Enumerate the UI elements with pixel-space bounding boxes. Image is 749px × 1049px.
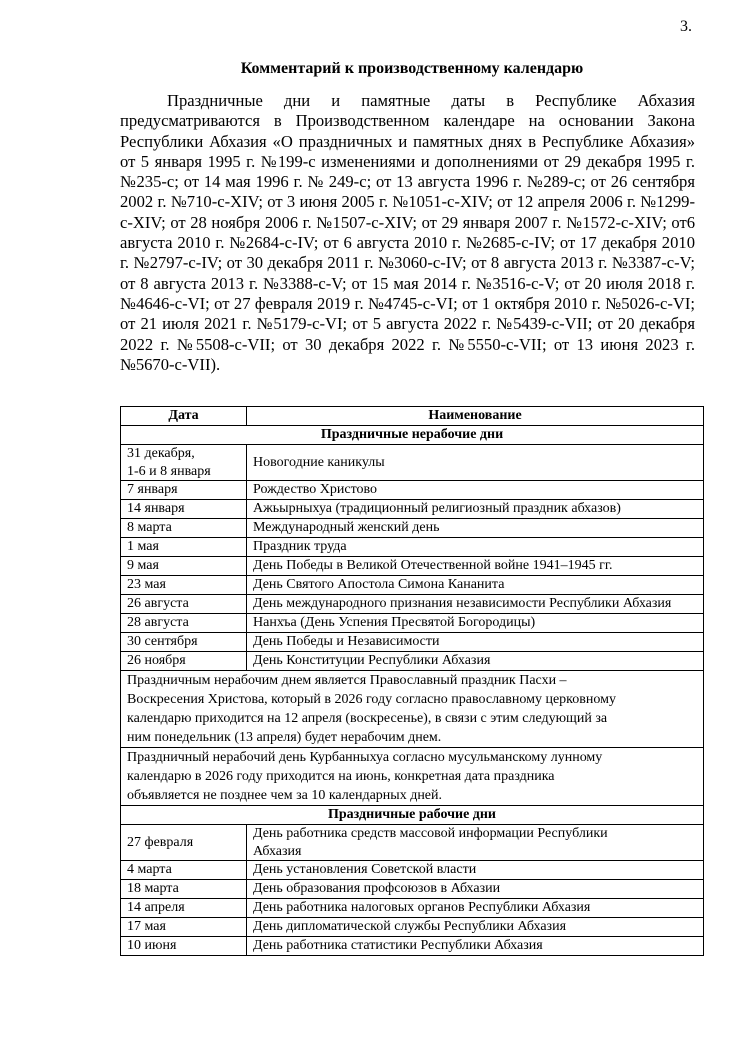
table-row: 23 маяДень Святого Апостола Симона Канан…: [121, 576, 704, 595]
holiday-name: Ажьырныхуа (традиционный религиозный пра…: [247, 500, 704, 519]
table-row: 9 маяДень Победы в Великой Отечественной…: [121, 557, 704, 576]
page-number: 3.: [680, 18, 692, 36]
holiday-date: 9 мая: [121, 557, 247, 576]
document-title: Комментарий к производственному календар…: [120, 60, 704, 78]
table-row: 1 маяПраздник труда: [121, 538, 704, 557]
holiday-date: 17 мая: [121, 918, 247, 937]
table-body: Праздничные нерабочие дни31 декабря,1-6 …: [121, 426, 704, 956]
holiday-name: День работника средств массовой информац…: [247, 825, 704, 861]
holiday-date: 28 августа: [121, 614, 247, 633]
table-row: 14 январяАжьырныхуа (традиционный религи…: [121, 500, 704, 519]
holiday-date: 26 ноября: [121, 652, 247, 671]
holiday-name: Новогодние каникулы: [247, 445, 704, 481]
holiday-date: 23 мая: [121, 576, 247, 595]
holiday-date: 26 августа: [121, 595, 247, 614]
section-title: Праздничные рабочие дни: [121, 806, 704, 825]
holiday-table: Дата Наименование Праздничные нерабочие …: [120, 406, 704, 956]
table-row: 27 февраляДень работника средств массово…: [121, 825, 704, 861]
holiday-name: День международного признания независимо…: [247, 595, 704, 614]
holiday-name: День установления Советской власти: [247, 861, 704, 880]
table-row: 30 сентябряДень Победы и Независимости: [121, 633, 704, 652]
header-name: Наименование: [247, 407, 704, 426]
section-row-working: Праздничные рабочие дни: [121, 806, 704, 825]
holiday-name: День Победы в Великой Отечественной войн…: [247, 557, 704, 576]
holiday-name: Рождество Христово: [247, 481, 704, 500]
table-row: 10 июняДень работника статистики Республ…: [121, 937, 704, 956]
table-row: 18 мартаДень образования профсоюзов в Аб…: [121, 880, 704, 899]
holiday-name: Нанхъа (День Успения Пресвятой Богородиц…: [247, 614, 704, 633]
holiday-date: 7 января: [121, 481, 247, 500]
table-row: 4 мартаДень установления Советской власт…: [121, 861, 704, 880]
holiday-date: 4 марта: [121, 861, 247, 880]
section-row-nonworking: Праздничные нерабочие дни: [121, 426, 704, 445]
section-title: Праздничные нерабочие дни: [121, 426, 704, 445]
table-row: 26 августаДень международного признания …: [121, 595, 704, 614]
table-row: 28 августаНанхъа (День Успения Пресвятой…: [121, 614, 704, 633]
holiday-name: Праздник труда: [247, 538, 704, 557]
holiday-name: День Святого Апостола Симона Кананита: [247, 576, 704, 595]
holiday-date: 10 июня: [121, 937, 247, 956]
holiday-date: 1 мая: [121, 538, 247, 557]
table-header-row: Дата Наименование: [121, 407, 704, 426]
holiday-date: 14 апреля: [121, 899, 247, 918]
holiday-note: Праздничным нерабочим днем является Прав…: [121, 671, 704, 748]
header-date: Дата: [121, 407, 247, 426]
holiday-date: 14 января: [121, 500, 247, 519]
holiday-date: 27 февраля: [121, 825, 247, 861]
note-row: Праздничный нерабочий день Курбанныхуа с…: [121, 748, 704, 806]
holiday-date: 8 марта: [121, 519, 247, 538]
holiday-name: День Победы и Независимости: [247, 633, 704, 652]
note-row: Праздничным нерабочим днем является Прав…: [121, 671, 704, 748]
table-row: 26 ноябряДень Конституции Республики Абх…: [121, 652, 704, 671]
holiday-date: 18 марта: [121, 880, 247, 899]
holiday-note: Праздничный нерабочий день Курбанныхуа с…: [121, 748, 704, 806]
table-row: 17 маяДень дипломатической службы Респуб…: [121, 918, 704, 937]
holiday-name: День образования профсоюзов в Абхазии: [247, 880, 704, 899]
holiday-date: 30 сентября: [121, 633, 247, 652]
holiday-name: День работника статистики Республики Абх…: [247, 937, 704, 956]
table-row: 14 апреляДень работника налоговых органо…: [121, 899, 704, 918]
holiday-name: День Конституции Республики Абхазия: [247, 652, 704, 671]
holiday-name: День дипломатической службы Республики А…: [247, 918, 704, 937]
holiday-name: Международный женский день: [247, 519, 704, 538]
intro-paragraph: Праздничные дни и памятные даты в Респуб…: [120, 91, 695, 375]
table-row: 8 мартаМеждународный женский день: [121, 519, 704, 538]
holiday-name: День работника налоговых органов Республ…: [247, 899, 704, 918]
holiday-date: 31 декабря,1-6 и 8 января: [121, 445, 247, 481]
table-row: 31 декабря,1-6 и 8 январяНовогодние кани…: [121, 445, 704, 481]
table-row: 7 январяРождество Христово: [121, 481, 704, 500]
